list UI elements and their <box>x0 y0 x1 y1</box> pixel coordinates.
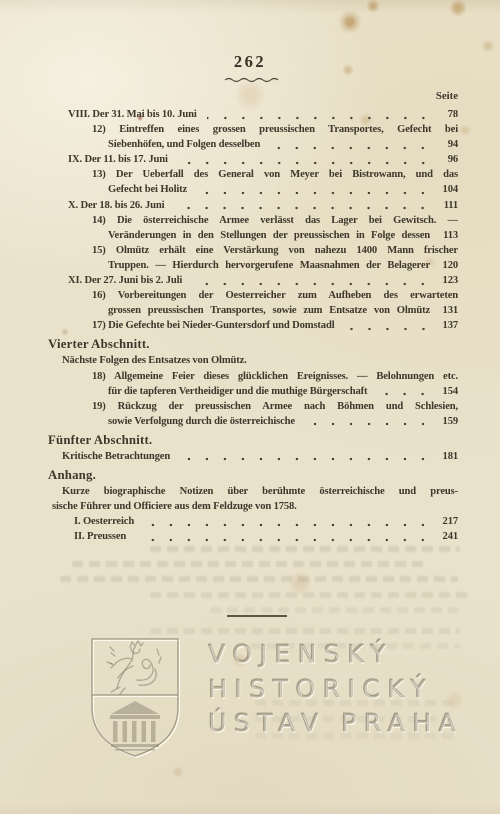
toc-line: II. Preussen241 <box>74 529 458 544</box>
toc-entry-text: 18) Allgemeine Feier dieses glücklichen … <box>92 369 458 384</box>
toc-entry-text: für die tapferen Vertheidiger und die mu… <box>108 384 367 399</box>
page-number: 262 <box>0 52 500 72</box>
toc-entry-text: sowie Verfolgung durch die österreichisc… <box>108 414 295 429</box>
bleedthrough-ghost-line <box>60 576 458 582</box>
toc-line: sische Führer und Officiere aus dem Feld… <box>52 499 458 514</box>
bleedthrough-ghost-line <box>150 592 468 598</box>
lion-glyph <box>107 641 161 694</box>
toc-entry-text: 19) Rückzug der preussischen Armee nach … <box>92 399 458 414</box>
toc-entry-text: VIII. Der 31. Mai bis 10. Juni <box>68 107 197 122</box>
toc-page-number: 113 <box>436 228 458 243</box>
toc-line: Nächste Folgen des Entsatzes von Olmütz. <box>62 353 458 368</box>
toc-page-number: 111 <box>436 198 458 213</box>
toc-page-number: 104 <box>436 182 458 197</box>
toc-line: Truppen. — Hierdurch hervorgerufene Maas… <box>108 258 458 273</box>
leader-dots <box>305 414 432 429</box>
toc-entry-text: X. Der 18. bis 26. Juni <box>68 198 164 213</box>
toc-entry-text: IX. Der 11. bis 17. Juni <box>68 152 168 167</box>
bleedthrough-ghost-line <box>150 628 460 634</box>
toc-entry-text: Siebenhöfen, und Folgen desselben <box>108 137 260 152</box>
toc-entry-text: Kritische Betrachtungen <box>62 449 170 464</box>
leader-dots <box>197 182 432 197</box>
toc-entry-text: XI. Der 27. Juni bis 2. Juli <box>68 273 182 288</box>
toc-entry-text: Truppen. — Hierdurch hervorgerufene Maas… <box>108 258 430 273</box>
toc-entry-text: Kurze biographische Notizen über berühmt… <box>62 484 458 499</box>
toc-line: 19) Rückzug der preussischen Armee nach … <box>92 399 458 414</box>
toc-page-number: 159 <box>436 414 458 429</box>
toc-page-number: 123 <box>436 273 458 288</box>
toc-page-number: 241 <box>436 529 458 544</box>
leader-dots <box>345 318 433 333</box>
toc-line: IX. Der 11. bis 17. Juni96 <box>68 152 458 167</box>
toc-entry-text: Anhang. <box>48 466 96 484</box>
museum-building-glyph <box>110 701 160 751</box>
toc-line: 15) Olmütz erhält eine Verstärkung von n… <box>92 243 458 258</box>
czech-lion-shield-emblem <box>87 635 183 760</box>
toc-entry-text: Fünfter Abschnitt. <box>48 431 152 449</box>
toc-entry-text: Gefecht bei Holitz <box>108 182 187 197</box>
toc-line: I. Oesterreich217 <box>74 514 458 529</box>
toc-line: 16) Vorbereitungen der Oesterreicher zum… <box>92 288 458 303</box>
book-page: 262 Seite VIII. Der 31. Mai bis 10. Juni… <box>0 0 500 814</box>
leader-dots <box>377 384 432 399</box>
toc-entry-text: 14) Die österreichische Armee verlässt d… <box>92 213 458 228</box>
toc-entry-text: 17) Die Gefechte bei Nieder-Guntersdorf … <box>92 318 335 333</box>
toc-page-number: 94 <box>436 137 458 152</box>
leader-dots <box>178 152 432 167</box>
table-of-contents: Seite VIII. Der 31. Mai bis 10. Juni7812… <box>48 88 458 544</box>
toc-page-number: 120 <box>436 258 458 273</box>
toc-section-heading: Fünfter Abschnitt. <box>48 431 458 449</box>
toc-line: X. Der 18. bis 26. Juni111 <box>68 198 458 213</box>
toc-entry-text: grossen preussischen Transportes, sowie … <box>108 303 430 318</box>
watermark-line-1: VOJENSKÝ <box>208 637 463 672</box>
toc-section-heading: Vierter Abschnitt. <box>48 335 458 353</box>
bleedthrough-ghost-line <box>210 607 460 613</box>
toc-line: Gefecht bei Holitz104 <box>108 182 458 197</box>
toc-entry-text: Vierter Abschnitt. <box>48 335 150 353</box>
toc-line: Veränderungen in den Stellungen der preu… <box>108 228 458 243</box>
toc-page-number: 137 <box>436 318 458 333</box>
toc-line: sowie Verfolgung durch die österreichisc… <box>108 414 458 429</box>
toc-line: 13) Der Ueberfall des General von Meyer … <box>92 167 458 182</box>
toc-entry-text: II. Preussen <box>74 529 126 544</box>
toc-line: 12) Eintreffen eines grossen preussische… <box>92 122 458 137</box>
leader-dots <box>144 514 432 529</box>
toc-page-number: 96 <box>436 152 458 167</box>
toc-list: VIII. Der 31. Mai bis 10. Juni7812) Eint… <box>48 107 458 544</box>
toc-entry-text: 16) Vorbereitungen der Oesterreicher zum… <box>92 288 458 303</box>
toc-entry-text: 15) Olmütz erhält eine Verstärkung von n… <box>92 243 458 258</box>
toc-line: 18) Allgemeine Feier dieses glücklichen … <box>92 369 458 384</box>
toc-page-number: 217 <box>436 514 458 529</box>
leader-dots <box>180 449 432 464</box>
leader-dots <box>207 107 432 122</box>
toc-entry-text: I. Oesterreich <box>74 514 134 529</box>
toc-line: 14) Die österreichische Armee verlässt d… <box>92 213 458 228</box>
bleedthrough-ghost-line <box>72 561 428 567</box>
toc-line: Siebenhöfen, und Folgen desselben94 <box>108 137 458 152</box>
toc-entry-text: Veränderungen in den Stellungen der preu… <box>108 228 430 243</box>
toc-line: Kritische Betrachtungen181 <box>62 449 458 464</box>
toc-line: für die tapferen Vertheidiger und die mu… <box>108 384 458 399</box>
toc-entry-text: Nächste Folgen des Entsatzes von Olmütz. <box>62 353 247 368</box>
bleedthrough-ghost-line <box>150 546 460 552</box>
page-column-header: Seite <box>48 88 458 104</box>
toc-line: 17) Die Gefechte bei Nieder-Guntersdorf … <box>92 318 458 333</box>
toc-page-number: 154 <box>436 384 458 399</box>
watermark-line-2: HISTORICKÝ <box>208 672 463 707</box>
toc-page-number: 181 <box>436 449 458 464</box>
leader-dots <box>136 529 432 544</box>
toc-entry-text: 12) Eintreffen eines grossen preussische… <box>92 122 458 137</box>
library-stamp-watermark: VOJENSKÝ HISTORICKÝ ÚSTAV PRAHA <box>208 637 463 741</box>
toc-line: XI. Der 27. Juni bis 2. Juli123 <box>68 273 458 288</box>
toc-line: Kurze biographische Notizen über berühmt… <box>62 484 458 499</box>
toc-page-number: 78 <box>436 107 458 122</box>
toc-entry-text: 13) Der Ueberfall des General von Meyer … <box>92 167 458 182</box>
leader-dots <box>174 198 432 213</box>
toc-line: VIII. Der 31. Mai bis 10. Juni78 <box>68 107 458 122</box>
toc-entry-text: sische Führer und Officiere aus dem Feld… <box>52 499 297 514</box>
toc-section-heading: Anhang. <box>48 466 458 484</box>
leader-dots <box>192 273 432 288</box>
wavy-underline-ornament <box>224 76 286 83</box>
section-divider-rule <box>227 615 287 617</box>
watermark-line-3: ÚSTAV PRAHA <box>208 706 463 741</box>
leader-dots <box>270 137 432 152</box>
toc-line: grossen preussischen Transportes, sowie … <box>108 303 458 318</box>
toc-page-number: 131 <box>436 303 458 318</box>
